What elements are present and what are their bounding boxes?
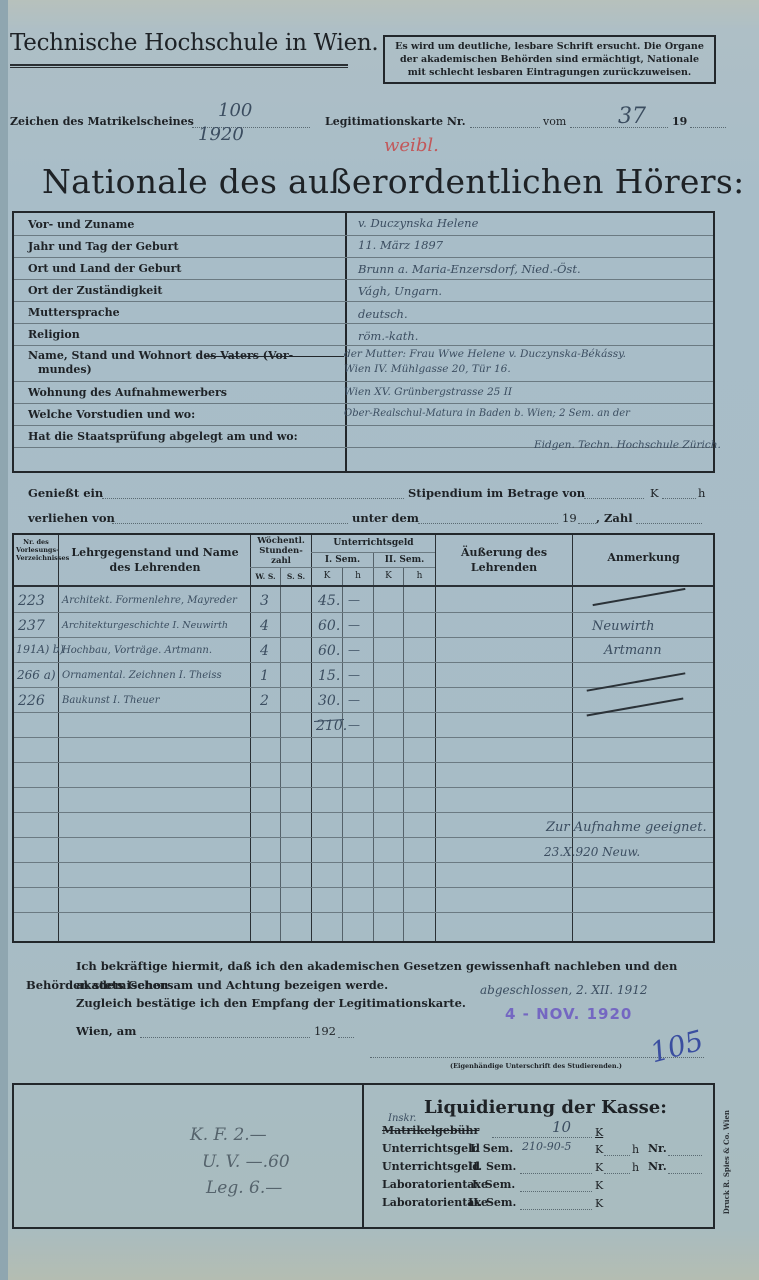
fee-unit: K bbox=[595, 1126, 603, 1139]
date-line bbox=[140, 1037, 310, 1038]
row-rule bbox=[14, 637, 713, 638]
fee-line bbox=[604, 1173, 630, 1174]
personal-info-table: Vor- und Zuname v. Duczynska Helene Jahr… bbox=[12, 211, 715, 473]
table-row: Name, Stand und Wohnort des Vaters (Vor-… bbox=[14, 345, 713, 382]
course-fee-total-h[interactable]: — bbox=[348, 718, 360, 732]
blue-mark: 105 bbox=[647, 1024, 707, 1070]
residence-value[interactable]: Wien XV. Grünbergstrasse 25 II bbox=[344, 386, 512, 398]
verliehen-line bbox=[112, 523, 348, 524]
column-divider bbox=[342, 567, 343, 941]
signature-caption: (Eigenhändige Unterschrift des Studieren… bbox=[450, 1062, 622, 1070]
row-rule bbox=[14, 737, 713, 738]
religion-value[interactable]: röm.-kath. bbox=[358, 329, 418, 343]
column-divider bbox=[58, 535, 59, 941]
closed-note: abgeschlossen, 2. XII. 1912 bbox=[480, 983, 648, 997]
row-rule bbox=[14, 862, 713, 863]
table-row: Hat die Staatsprüfung abgelegt am und wo… bbox=[14, 425, 713, 448]
table-row: Muttersprache deutsch. bbox=[14, 301, 713, 324]
course-fee-k[interactable]: 45. bbox=[318, 593, 340, 609]
gender-note: weibl. bbox=[384, 135, 439, 156]
table-row: Wohnung des Aufnahmewerbers Wien XV. Grü… bbox=[14, 381, 713, 404]
year-line bbox=[578, 523, 596, 524]
page-edge bbox=[0, 0, 8, 1280]
mother-tongue-value[interactable]: deutsch. bbox=[358, 307, 408, 321]
k-label: K bbox=[650, 486, 659, 500]
sem-label: I. Sem. bbox=[472, 1178, 515, 1191]
row-rule bbox=[14, 837, 713, 838]
col-header-subject: Lehrgegenstand und Name des Lehrenden bbox=[62, 545, 248, 575]
column-divider bbox=[280, 567, 281, 941]
course-subject[interactable]: Architekturgeschichte I. Neuwirth bbox=[62, 620, 228, 631]
vom-label: vom bbox=[543, 115, 566, 128]
row-label: Ort der Zuständigkeit bbox=[28, 284, 162, 297]
row-label: Religion bbox=[28, 328, 80, 341]
course-nr[interactable]: 223 bbox=[18, 593, 45, 609]
unter-line bbox=[418, 523, 558, 524]
course-table: Nr. des Vorlesungs-Verzeichnisses Lehrge… bbox=[12, 533, 715, 943]
course-fee-k[interactable]: 30. bbox=[318, 693, 340, 709]
header-rule bbox=[311, 552, 435, 553]
col-header-sem1: I. Sem. bbox=[312, 555, 373, 565]
course-hours-ws[interactable]: 2 bbox=[260, 693, 269, 709]
stipendium-label: Stipendium im Betrage von bbox=[408, 486, 585, 500]
sem-label: II. Sem. bbox=[468, 1196, 516, 1209]
col-header-hours: Wöchentl. Stunden-zahl bbox=[251, 536, 311, 566]
col-header-ss: S. S. bbox=[281, 572, 311, 581]
row-label: mundes) bbox=[38, 363, 92, 376]
fee-unit: K bbox=[595, 1197, 603, 1210]
fee-value[interactable]: 10 bbox=[552, 1118, 571, 1136]
remark-dash bbox=[587, 672, 686, 691]
course-fee-k[interactable]: 60. bbox=[318, 643, 340, 659]
printer-imprint: Druck R. Spies & Co. Wien bbox=[722, 1110, 731, 1214]
column-divider bbox=[362, 1085, 364, 1227]
zahl-line bbox=[636, 523, 702, 524]
pledge-line-3: Zugleich bestätige ich den Empfang der L… bbox=[76, 994, 466, 1013]
course-nr[interactable]: 266 a) bbox=[17, 668, 56, 682]
column-divider bbox=[435, 535, 436, 941]
row-rule bbox=[14, 762, 713, 763]
fee-h: h bbox=[632, 1161, 639, 1174]
col-header-teacher-remark: Äußerung des Lehrenden bbox=[439, 545, 569, 575]
unter-label: unter dem bbox=[352, 511, 419, 525]
prior-studies-value[interactable]: Ober-Realschul-Matura in Baden b. Wien; … bbox=[344, 408, 630, 419]
column-divider bbox=[250, 535, 251, 941]
year-line bbox=[338, 1037, 354, 1038]
col-header-ws: W. S. bbox=[251, 572, 280, 581]
admission-date: 23.X.920 Neuw. bbox=[544, 845, 640, 859]
course-subject[interactable]: Baukunst I. Theuer bbox=[62, 695, 160, 706]
zahl-label: , Zahl bbox=[596, 511, 633, 525]
guardian-address[interactable]: Wien IV. Mühlgasse 20, Tür 16. bbox=[344, 363, 511, 375]
row-label: Wohnung des Aufnahmewerbers bbox=[28, 386, 227, 399]
course-fee-k[interactable]: 15. bbox=[318, 668, 340, 684]
title-rule bbox=[10, 67, 348, 68]
fee-line bbox=[604, 1155, 630, 1156]
row-label: Vor- und Zuname bbox=[28, 218, 134, 231]
fee-h: h bbox=[632, 1143, 639, 1156]
remark-signature: Artmann bbox=[604, 643, 662, 658]
col-header-h1: h bbox=[343, 571, 373, 581]
guardian-value[interactable]: der Mutter: Frau Wwe Helene v. Duczynska… bbox=[344, 348, 626, 360]
course-nr[interactable]: 237 bbox=[18, 618, 45, 634]
strikethrough bbox=[204, 356, 344, 357]
matrikel-year[interactable]: 1920 bbox=[198, 124, 244, 145]
notice-line: mit schlecht lesbaren Eintragungen zurüc… bbox=[389, 66, 710, 79]
row-rule bbox=[14, 612, 713, 613]
notice-line: der akademischen Behörden sind ermächtig… bbox=[389, 53, 710, 66]
document-page: Technische Hochschule in Wien. Es wird u… bbox=[0, 0, 759, 1280]
course-fee-h[interactable]: — bbox=[348, 618, 360, 632]
birthdate-value[interactable]: 11. März 1897 bbox=[358, 238, 443, 252]
birthplace-value[interactable]: Brunn a. Maria-Enzersdorf, Nied.-Öst. bbox=[358, 262, 581, 276]
table-row: Ort und Land der Geburt Brunn a. Maria-E… bbox=[14, 257, 713, 280]
year-line bbox=[690, 127, 726, 128]
overwrite-note: Inskr. bbox=[388, 1113, 416, 1124]
fee-nr: Nr. bbox=[648, 1160, 667, 1173]
place-label: Wien, am bbox=[76, 1022, 136, 1041]
year-prefix: 19 bbox=[562, 511, 577, 525]
title-rule bbox=[10, 64, 348, 66]
column-divider bbox=[373, 552, 374, 941]
remark-dash bbox=[593, 588, 686, 606]
pencil-note: U. V. —.60 bbox=[202, 1152, 290, 1172]
course-hours-ws[interactable]: 4 bbox=[260, 618, 269, 634]
legitimation-label: Legitimationskarte Nr. bbox=[325, 115, 466, 128]
pencil-note: K. F. 2.— bbox=[190, 1125, 267, 1145]
fee-row: Unterrichtsgeld bbox=[382, 1160, 480, 1173]
fee-unit: K bbox=[595, 1179, 603, 1192]
fee-unit: K bbox=[595, 1143, 603, 1156]
matrikel-label: Zeichen des Matrikelscheines bbox=[10, 115, 194, 128]
table-row: Vor- und Zuname v. Duczynska Helene bbox=[14, 213, 713, 236]
fee-row: Matrikelgebühr bbox=[382, 1124, 479, 1137]
course-fee-k[interactable]: 60. bbox=[318, 618, 340, 634]
col-header-remark: Anmerkung bbox=[574, 551, 713, 564]
course-hours-ws[interactable]: 1 bbox=[260, 668, 269, 684]
form-title: Nationale des außerordentlichen Hörers: bbox=[42, 162, 745, 201]
course-fee-h[interactable]: — bbox=[348, 693, 360, 707]
year-prefix: 192 bbox=[314, 1022, 336, 1041]
row-rule bbox=[14, 887, 713, 888]
cashier-title: Liquidierung der Kasse: bbox=[424, 1097, 667, 1118]
header-rule bbox=[250, 567, 435, 568]
year-prefix: 19 bbox=[672, 115, 687, 128]
fee-label: Unterrichtsgeld bbox=[382, 1160, 480, 1173]
fee-value[interactable]: 210-90-5 bbox=[522, 1140, 571, 1153]
course-nr[interactable]: 191A) b) bbox=[16, 643, 64, 656]
row-label: Welche Vorstudien und wo: bbox=[28, 408, 195, 421]
fee-line bbox=[492, 1137, 592, 1138]
institution-title: Technische Hochschule in Wien. bbox=[10, 30, 378, 56]
row-label: Jahr und Tag der Geburt bbox=[28, 240, 179, 253]
course-subject[interactable]: Architekt. Formenlehre, Mayreder bbox=[62, 595, 237, 606]
row-rule bbox=[14, 662, 713, 663]
col-header-nr: Nr. des Vorlesungs-Verzeichnisses bbox=[16, 538, 56, 562]
row-rule bbox=[14, 812, 713, 813]
pencil-note: Leg. 6.— bbox=[206, 1178, 282, 1198]
header-rule bbox=[14, 585, 713, 587]
admission-note: Zur Aufnahme geeignet. bbox=[546, 820, 707, 835]
column-divider bbox=[311, 535, 312, 941]
fee-unit: K bbox=[595, 1161, 603, 1174]
course-nr[interactable]: 226 bbox=[18, 693, 45, 709]
pledge-line-2: Behörden stets Gehorsam und Achtung beze… bbox=[26, 976, 388, 995]
sem-label: I. Sem. bbox=[470, 1142, 513, 1155]
legibility-notice: Es wird um deutliche, lesbare Schrift er… bbox=[383, 35, 716, 84]
col-header-k2: K bbox=[374, 571, 403, 581]
fee-line bbox=[520, 1191, 592, 1192]
course-hours-ws[interactable]: 3 bbox=[260, 593, 269, 609]
remark-signature: Neuwirth bbox=[592, 619, 655, 634]
course-subject[interactable]: Hochbau, Vorträge. Artmann. bbox=[62, 645, 212, 656]
notice-line: Es wird um deutliche, lesbare Schrift er… bbox=[389, 40, 710, 53]
sem-label: II. Sem. bbox=[468, 1160, 516, 1173]
domicile-value[interactable]: Vágh, Ungarn. bbox=[358, 284, 442, 298]
fee-nr: Nr. bbox=[648, 1142, 667, 1155]
legitimation-line bbox=[470, 127, 540, 128]
course-fee-h[interactable]: — bbox=[348, 643, 360, 657]
amount-line bbox=[584, 498, 644, 499]
fee-label: Unterrichtsgeld bbox=[382, 1142, 480, 1155]
vom-value[interactable]: 37 bbox=[618, 104, 646, 129]
table-row: Ort der Zuständigkeit Vágh, Ungarn. bbox=[14, 279, 713, 302]
course-fee-total[interactable]: 210. bbox=[316, 718, 347, 734]
table-row: Jahr und Tag der Geburt 11. März 1897 bbox=[14, 235, 713, 258]
column-divider bbox=[572, 535, 573, 941]
column-divider bbox=[403, 567, 404, 941]
verliehen-label: verliehen von bbox=[28, 511, 115, 525]
stipend-label: Genießt ein bbox=[28, 486, 103, 500]
name-value[interactable]: v. Duczynska Helene bbox=[358, 216, 478, 230]
date-stamp: 4 - NOV. 1920 bbox=[505, 1005, 632, 1023]
h-label: h bbox=[698, 486, 705, 500]
nr-line bbox=[668, 1155, 702, 1156]
table-row: Religion röm.-kath. bbox=[14, 323, 713, 346]
row-label: Ort und Land der Geburt bbox=[28, 262, 181, 275]
col-header-fee: Unterrichtsgeld bbox=[312, 538, 435, 548]
remark-dash bbox=[587, 698, 684, 717]
col-header-h2: h bbox=[404, 571, 435, 581]
course-fee-h[interactable]: — bbox=[348, 668, 360, 682]
h-line bbox=[662, 498, 696, 499]
course-fee-h[interactable]: — bbox=[348, 593, 360, 607]
fee-line bbox=[520, 1209, 592, 1210]
col-header-sem2: II. Sem. bbox=[374, 555, 435, 565]
fee-label: Matrikelgebühr bbox=[382, 1124, 479, 1137]
row-label: Hat die Staatsprüfung abgelegt am und wo… bbox=[28, 430, 298, 443]
col-header-k1: K bbox=[312, 571, 342, 581]
row-label: Muttersprache bbox=[28, 306, 120, 319]
stipend-line bbox=[102, 498, 404, 499]
table-row: Welche Vorstudien und wo: Ober-Realschul… bbox=[14, 403, 713, 426]
row-rule bbox=[14, 787, 713, 788]
nr-line bbox=[668, 1173, 702, 1174]
fee-row: Unterrichtsgeld bbox=[382, 1142, 480, 1155]
row-rule bbox=[14, 912, 713, 913]
course-subject[interactable]: Ornamental. Zeichnen I. Theiss bbox=[62, 670, 222, 681]
fee-line bbox=[520, 1173, 592, 1174]
matrikel-value[interactable]: 100 bbox=[218, 100, 252, 121]
prior-studies-continued[interactable]: Eidgen. Techn. Hochschule Zürich. bbox=[534, 439, 721, 451]
course-hours-ws[interactable]: 4 bbox=[260, 643, 269, 659]
